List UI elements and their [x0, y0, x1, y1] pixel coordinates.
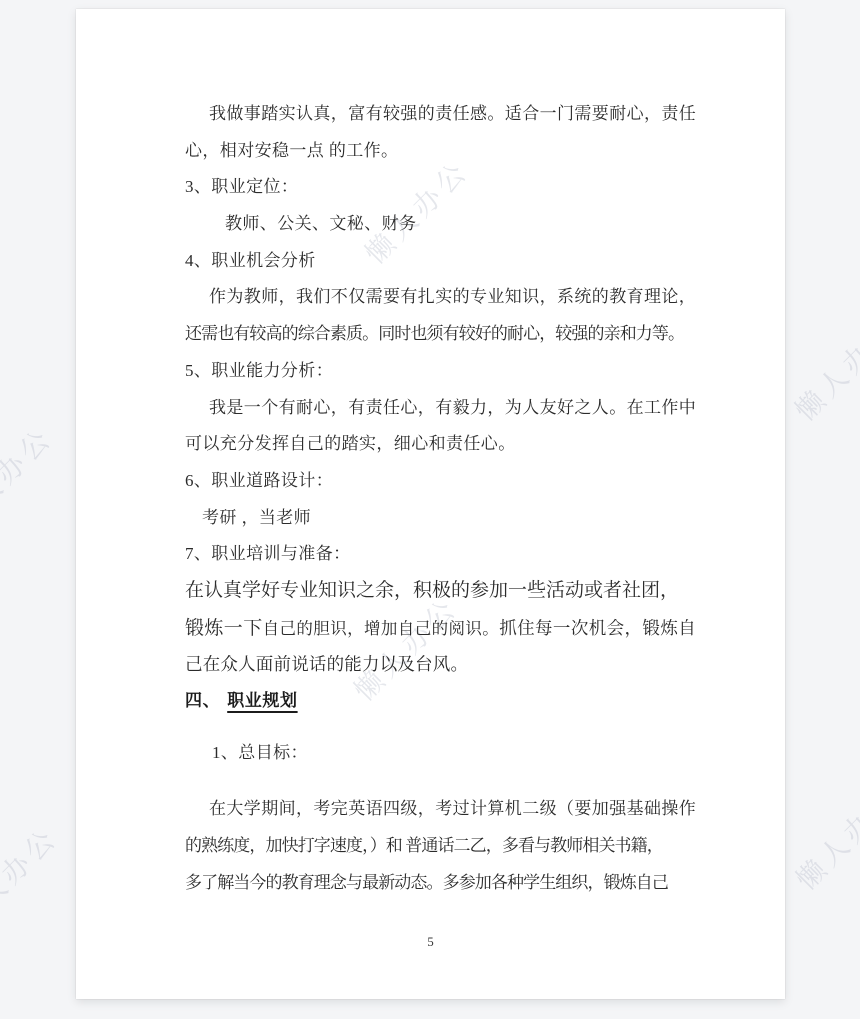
doc-line: 己在众人面前说话的能力以及台风。 — [185, 646, 676, 683]
doc-line: 我是一个有耐心，有责任心，有毅力，为人友好之人。在工作中 — [185, 390, 676, 427]
doc-line: 的熟练度，加快打字速度，）和 普通话二乙，多看与教师相关书籍， — [185, 828, 676, 865]
doc-line: 我做事踏实认真，富有较强的责任感。适合一门需要耐心，责任 — [185, 96, 676, 133]
doc-line: 多了解当今的教育理念与最新动态。多参加各种学生组织，锻炼自己 — [185, 865, 676, 902]
part-4-heading: 四、职业规划 — [185, 683, 676, 720]
doc-line-segment: 抓住每一次机会，锻炼自 — [499, 618, 696, 638]
doc-line: 可以充分发挥自己的踏实，细心和责任心。 — [185, 426, 676, 463]
doc-line: 心，相对安稳一点 的工作。 — [185, 133, 676, 170]
doc-line: 锻炼一下自己的胆识，增加自己的阅识。抓住每一次机会，锻炼自 — [185, 610, 676, 647]
section-5-heading: 5、职业能力分析： — [185, 353, 676, 390]
page-number: 5 — [76, 934, 785, 950]
doc-line-segment: 自己的胆识，增加自己的阅识。 — [263, 619, 500, 638]
section-3-heading: 3、职业定位： — [185, 169, 676, 206]
section-6-heading: 6、职业道路设计： — [185, 463, 676, 500]
doc-line: 还需也有较高的综合素质。同时也须有较好的耐心，较强的亲和力等。 — [185, 316, 676, 353]
doc-line: 在大学期间，考完英语四级，考过计算机二级（要加强基础操作 — [185, 791, 676, 828]
goal-heading: 1、总目标： — [185, 735, 676, 772]
watermark-text: 懒人办公 — [786, 776, 860, 898]
document-page: 我做事踏实认真，富有较强的责任感。适合一门需要耐心，责任 心，相对安稳一点 的工… — [76, 9, 785, 999]
section-7-heading: 7、职业培训与准备： — [185, 536, 676, 573]
document-body: 我做事踏实认真，富有较强的责任感。适合一门需要耐心，责任 心，相对安稳一点 的工… — [76, 9, 785, 901]
section-4-heading: 4、职业机会分析 — [185, 243, 676, 280]
doc-line: 考研 ，当老师 — [185, 500, 676, 537]
watermark-text: 懒人办公 — [0, 817, 66, 939]
doc-line: 教师、公关、文秘、财务 — [185, 206, 676, 243]
doc-line: 作为教师，我们不仅需要有扎实的专业知识，系统的教育理论， — [185, 279, 676, 316]
part-4-number: 四、 — [185, 691, 220, 710]
doc-line: 在认真学好专业知识之余，积极的参加一些活动或者社团， — [185, 573, 676, 610]
part-4-title: 职业规划 — [227, 691, 297, 710]
watermark-text: 懒人办公 — [0, 417, 61, 539]
watermark-text: 懒人办公 — [785, 307, 860, 429]
doc-line-segment: 锻炼一下 — [185, 618, 263, 639]
